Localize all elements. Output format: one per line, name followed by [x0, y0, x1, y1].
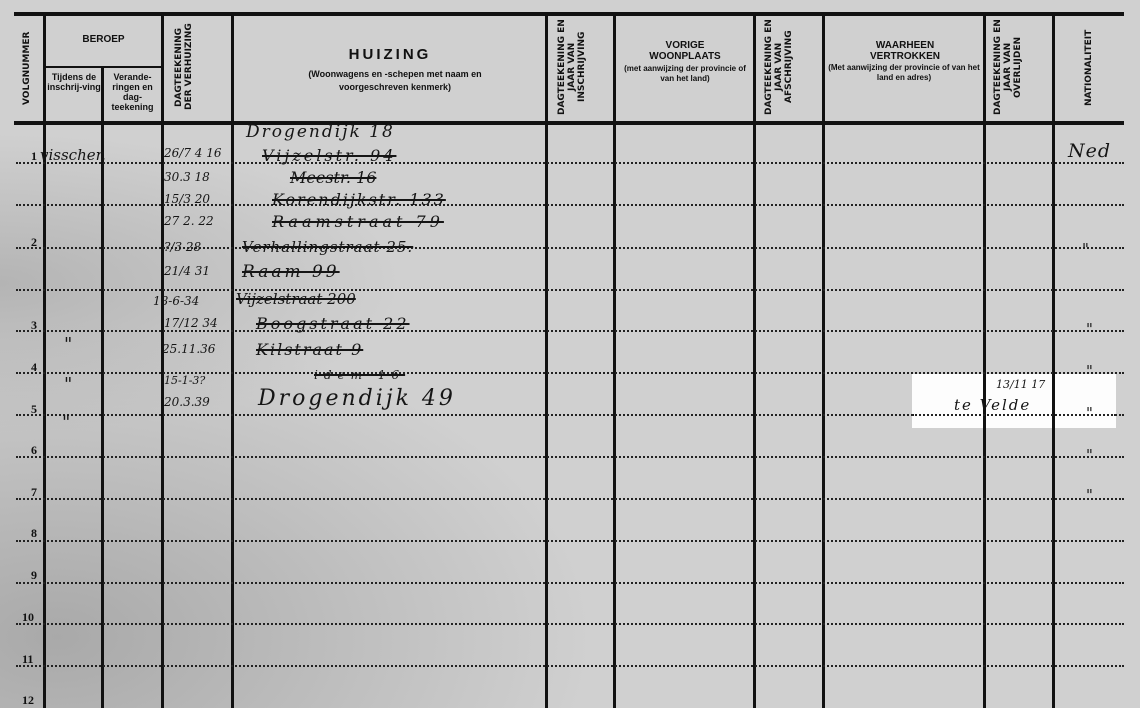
- verhuizing-date: 17/12 34: [164, 316, 218, 330]
- verhuizing-date: 30.3 18: [164, 170, 210, 184]
- row-number: 1: [31, 149, 37, 164]
- waarheen-date: 13/11 17: [996, 378, 1045, 391]
- huizing-address: Drogendijk 18: [246, 122, 395, 142]
- row-number: 4: [31, 360, 37, 375]
- header-huizing: HUIZING: [235, 46, 545, 63]
- verhuizing-date: ?/3 28: [164, 240, 201, 254]
- row-line-5: [16, 330, 1124, 332]
- row-number: 2: [31, 235, 37, 250]
- huizing-address: Korendijkstr. 133: [272, 190, 446, 209]
- header-volgnummer: VOLGNUMMER: [22, 20, 36, 116]
- huizing-address: Verhallingstraat 25.: [242, 238, 413, 256]
- nationaliteit-entry: ": [1086, 362, 1093, 380]
- row-line-4: [16, 289, 1124, 291]
- col-line-10: [1052, 14, 1055, 708]
- col-line-7: [753, 14, 756, 708]
- beroep-entry: ": [64, 374, 72, 395]
- register-card: VOLGNUMMER BEROEP Tijdens de inschrij-vi…: [0, 0, 1140, 708]
- header-dagteekening-afschrijving: DAGTEEKENING EN JAAR VAN AFSCHRIJVING: [764, 18, 810, 116]
- beroep-entry: visscher.: [40, 146, 106, 164]
- header-beroep: BEROEP: [46, 34, 161, 45]
- header-huizing-subtitle: (Woonwagens en -schepen met naam en voor…: [290, 68, 500, 94]
- verhuizing-date: 15/3 20: [164, 192, 210, 206]
- nationaliteit-entry: ": [1086, 320, 1093, 338]
- verhuizing-date: 20.3.39: [164, 395, 210, 409]
- huizing-address: Kilstraat 9: [256, 340, 363, 359]
- header-dagteekening-inschrijving: DAGTEEKENING EN JAAR VAN INSCHRIJVING: [557, 18, 603, 116]
- row-number: 6: [31, 443, 37, 458]
- row-line-10: [16, 540, 1124, 542]
- col-line-9: [983, 14, 986, 708]
- row-number: 11: [22, 652, 33, 667]
- header-vorige-woonplaats-subtitle: (met aanwijzing der provincie of van het…: [622, 64, 748, 84]
- huizing-address: idem 16: [314, 368, 405, 382]
- col-line-3: [161, 14, 164, 708]
- header-vorige-woonplaats: VORIGE WOONPLAATS: [640, 40, 730, 62]
- nationaliteit-entry: Ned: [1068, 140, 1111, 162]
- verhuizing-date: 15-1-3?: [164, 374, 205, 387]
- row-number: 10: [22, 610, 34, 625]
- row-number: 5: [31, 402, 37, 417]
- header-bottom-rule: [14, 121, 1124, 125]
- header-beroep-inschrijving: Tijdens de inschrij-ving: [47, 72, 101, 92]
- waarheen-destination: te Velde: [954, 396, 1031, 414]
- huizing-address: Raamstraat 79: [272, 212, 444, 231]
- row-number: 8: [31, 526, 37, 541]
- row-line-13: [16, 665, 1124, 667]
- beroep-entry: ": [62, 412, 70, 433]
- col-line-8: [822, 14, 825, 708]
- nationaliteit-entry: ": [1082, 240, 1089, 258]
- huizing-address: Raam 99: [242, 262, 340, 282]
- nationaliteit-entry: ": [1086, 486, 1093, 504]
- row-number: 3: [31, 318, 37, 333]
- verhuizing-date: 25.11.36: [162, 342, 215, 356]
- huizing-address: Vijzelstraat 200: [236, 290, 356, 308]
- row-number: 9: [31, 568, 37, 583]
- col-line-5: [545, 14, 548, 708]
- header-nationaliteit: NATIONALITEIT: [1084, 20, 1098, 116]
- huizing-address: Drogendijk 49: [258, 386, 456, 411]
- header-waarheen: WAARHEEN VERTROKKEN: [850, 40, 960, 62]
- huizing-address: Vijzelstr. 94: [262, 146, 396, 165]
- huizing-address: Meestr. 16: [290, 168, 376, 187]
- col-line-1: [43, 14, 46, 708]
- col-line-6: [613, 14, 616, 708]
- huizing-address: Boogstraat 22: [256, 314, 410, 333]
- top-rule: [14, 12, 1124, 16]
- row-number: 12: [22, 693, 34, 708]
- row-line-11: [16, 582, 1124, 584]
- nationaliteit-entry: ": [1086, 404, 1093, 422]
- verhuizing-date: 27 2. 22: [164, 214, 214, 228]
- row-line-1: [16, 162, 1124, 164]
- col-line-4: [231, 14, 234, 708]
- header-beroep-veranderingen: Verande-ringen en dag-teekening: [104, 72, 161, 112]
- row-line-12: [16, 623, 1124, 625]
- row-line-9: [16, 498, 1124, 500]
- row-line-8: [16, 456, 1124, 458]
- col-line-10-over-patch: [1052, 374, 1055, 428]
- header-waarheen-subtitle: (Met aanwijzing der provincie of van het…: [826, 63, 982, 83]
- beroep-entry: ": [64, 334, 72, 355]
- header-dagteekening-overlijden: DAGTEEKENING EN JAAR VAN OVERLIJDEN: [993, 18, 1039, 116]
- verhuizing-date: 21/4 31: [164, 264, 210, 278]
- nationaliteit-entry: ": [1086, 446, 1093, 464]
- verhuizing-date: 26/7 4 16: [164, 146, 221, 160]
- header-dagteekening-verhuizing: DAGTEEKENING DER VERHUIZING: [174, 18, 216, 116]
- verhuizing-date: 18-6-34: [153, 294, 199, 308]
- row-number: 7: [31, 485, 37, 500]
